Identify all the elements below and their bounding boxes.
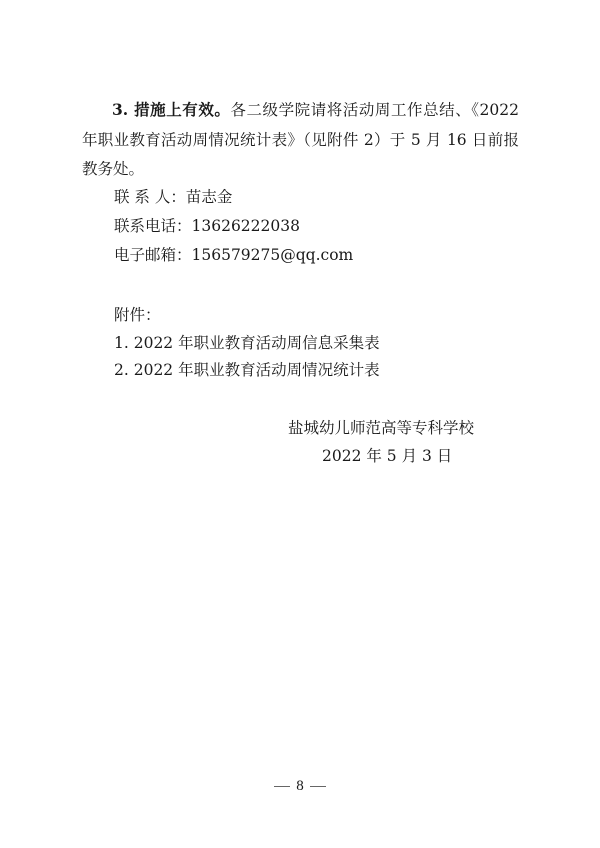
contact-person: 联 系 人：苗志金 <box>114 187 232 207</box>
attachments-label: 附件： <box>114 305 161 325</box>
dash-right <box>310 786 326 788</box>
page-number: 8 <box>296 778 304 794</box>
attachment-item-1: 1. 2022 年职业教育活动周信息采集表 <box>114 333 380 353</box>
paragraph-line-3: 教务处。 <box>82 159 144 179</box>
paragraph-heading: 3. 措施上有效。 <box>82 100 230 119</box>
contact-phone: 联系电话：13626222038 <box>114 216 300 236</box>
paragraph-line-2: 年职业教育活动周情况统计表》（见附件 2）于 5 月 16 日前报 <box>82 130 519 150</box>
contact-email: 电子邮箱：156579275@qq.com <box>114 245 353 265</box>
signature-organization: 盐城幼儿师范高等专科学校 <box>288 418 474 438</box>
signature-date: 2022 年 5 月 3 日 <box>322 446 452 466</box>
paragraph-text: 各二级学院请将活动周工作总结、《2022 <box>230 101 519 119</box>
attachment-item-2: 2. 2022 年职业教育活动周情况统计表 <box>114 360 380 380</box>
page-footer: 8 <box>0 778 600 795</box>
dash-left <box>274 786 290 788</box>
paragraph-line-1: 3. 措施上有效。各二级学院请将活动周工作总结、《2022 <box>82 100 519 120</box>
